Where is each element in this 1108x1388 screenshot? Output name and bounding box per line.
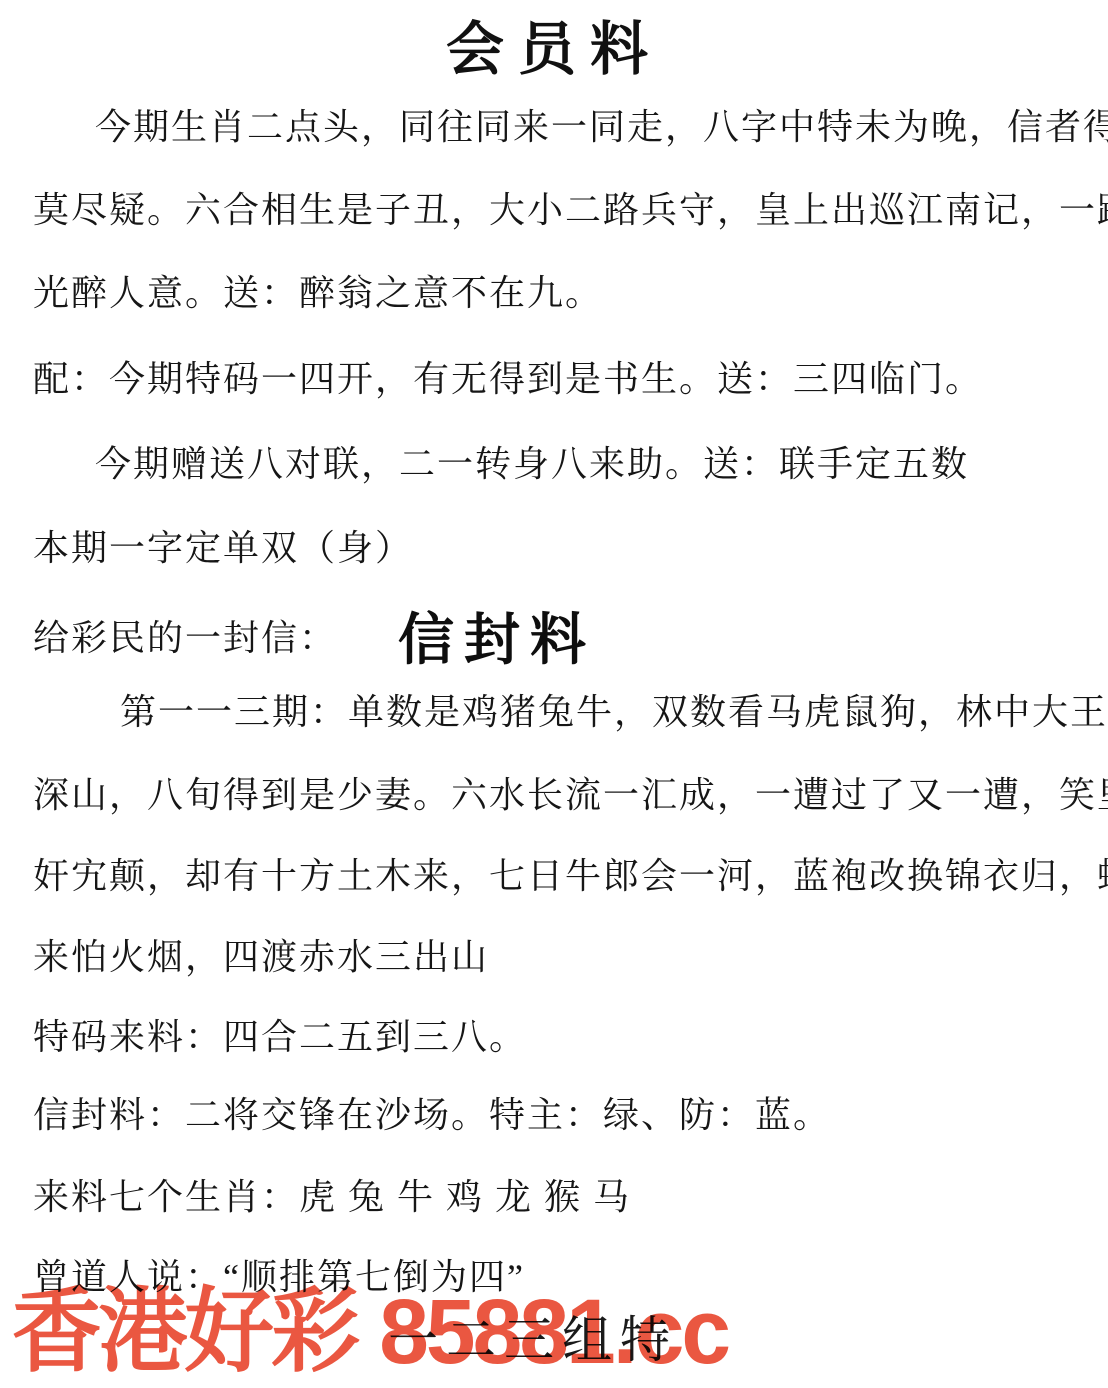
envelope-line: 深山，八旬得到是少妻。六水长流一汇成，一遭过了又一遭，笑里藏刀 bbox=[33, 775, 1108, 816]
watermark-text: 香港好彩 85881.cc bbox=[12, 1258, 728, 1388]
member-section-title: 会员料 bbox=[0, 2, 1108, 86]
member-line: 光醉人意。送：醉翁之意不在九。 bbox=[33, 273, 603, 314]
envelope-line: 来怕火烟，四渡赤水三出山 bbox=[33, 937, 489, 978]
zodiac-line: 来料七个生肖：虎 兔 牛 鸡 龙 猴 马 bbox=[33, 1177, 631, 1218]
envelope-section-title: 信封料 bbox=[398, 596, 596, 676]
envelope-line: 奸宄颠，却有十方土木来，七日牛郎会一河，蓝袍改换锦衣归，蚊子从 bbox=[33, 856, 1108, 897]
member-line: 今期生肖二点头，同往同来一同走，八字中特未为晚，信者得求 bbox=[95, 107, 1108, 148]
member-line: 本期一字定单双（身） bbox=[33, 528, 413, 569]
member-line: 今期赠送八对联，二一转身八来助。送：联手定五数 bbox=[95, 444, 969, 485]
envelope-tip-line: 信封料：二将交锋在沙场。特主：绿、防：蓝。 bbox=[33, 1095, 831, 1136]
member-line: 配：今期特码一四开，有无得到是书生。送：三四临门。 bbox=[33, 359, 983, 400]
special-code-line: 特码来料：四合二五到三八。 bbox=[33, 1017, 527, 1058]
document-page: 会员料 今期生肖二点头，同往同来一同走，八字中特未为晚，信者得求 莫尽疑。六合相… bbox=[0, 0, 1108, 1388]
envelope-line: 第一一三期：单数是鸡猪兔牛，双数看马虎鼠狗，林中大王出 bbox=[120, 692, 1108, 733]
member-line: 莫尽疑。六合相生是子丑，大小二路兵守，皇上出巡江南记，一路风 bbox=[33, 190, 1108, 231]
letter-intro-label: 给彩民的一封信： bbox=[33, 618, 337, 659]
